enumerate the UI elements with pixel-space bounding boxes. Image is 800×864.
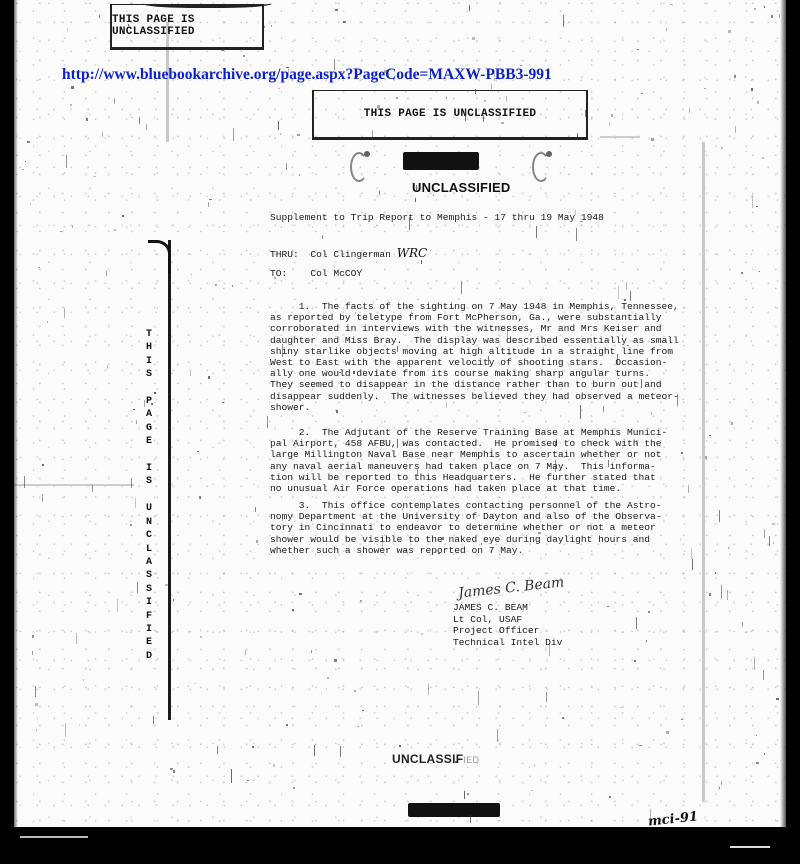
signature-line: Project Officer	[453, 625, 562, 637]
scan-artifact	[730, 846, 770, 848]
paragraph-line: tion will be reported to this Headquarte…	[270, 472, 667, 483]
routing-thru: THRU: Col Clingerman WRC	[270, 248, 427, 260]
paragraph-line: pal Airport, 458 AFBU, was contacted. He…	[270, 438, 667, 449]
paragraph-line: shower.	[270, 402, 679, 413]
vertical-unclassified-stamp: T H I S P A G E I S U N C L A S S I F I …	[142, 328, 156, 663]
signature-block: JAMES C. BEAMLt Col, USAFProject Officer…	[453, 602, 562, 648]
classification-header: UNCLASSIFIED	[412, 180, 510, 195]
punch-hole-left	[350, 152, 368, 182]
paragraph-line: 1. The facts of the sighting on 7 May 19…	[270, 301, 679, 312]
paragraph-line: large Millington Naval Base near Memphis…	[270, 449, 667, 460]
redaction-bar-bottom	[408, 803, 500, 817]
fold-line	[702, 142, 705, 802]
paragraph-line: corroborated in interviews with the witn…	[270, 323, 679, 334]
scan-border-left	[0, 0, 18, 864]
subject-line: Supplement to Trip Report to Memphis - 1…	[270, 212, 604, 223]
to-value: Col McCOY	[310, 268, 362, 279]
paper-curl	[142, 0, 272, 8]
fold-line	[600, 136, 640, 138]
paragraph-line: daughter and Miss Bray. The display was …	[270, 335, 679, 346]
paragraph-line: whether such a shower was reported on 7 …	[270, 545, 662, 556]
signature-line: JAMES C. BEAM	[453, 602, 562, 614]
fold-line	[14, 484, 134, 486]
classification-footer: UNCLASSIFIED	[392, 752, 479, 766]
unclassified-stamp-middle: THIS PAGE IS UNCLASSIFIED	[312, 90, 588, 140]
unclassified-stamp-top: THIS PAGE IS UNCLASSIFIED	[110, 4, 264, 50]
scan-artifact	[20, 836, 88, 838]
paper-curl	[148, 240, 171, 273]
thru-value: Col Clingerman	[310, 249, 391, 260]
footer-text: UNCLASSIFIED	[392, 752, 479, 766]
paragraph-line: nomy Department at the University of Day…	[270, 511, 662, 522]
paragraph-line: disappear suddenly. The witnesses believ…	[270, 391, 679, 402]
paragraph-line: 2. The Adjutant of the Reserve Training …	[270, 427, 667, 438]
paragraph-line: no unusual Air Force operations had take…	[270, 483, 667, 494]
signature-line: Lt Col, USAF	[453, 614, 562, 626]
thru-label: THRU:	[270, 249, 299, 260]
archive-url-link[interactable]: http://www.bluebookarchive.org/page.aspx…	[62, 66, 552, 84]
redaction-bar-top	[403, 152, 479, 170]
to-label: TO:	[270, 268, 287, 279]
stamp-text: THIS PAGE IS UNCLASSIFIED	[112, 14, 262, 38]
scan-border-bottom	[0, 828, 800, 864]
paragraph-line: as reported by teletype from Fort McPher…	[270, 312, 679, 323]
paragraph-line: shower would be visible to the naked eye…	[270, 534, 662, 545]
paragraph-line: They seemed to disappear in the distance…	[270, 379, 679, 390]
scan-border-right	[780, 0, 800, 864]
paragraph-line: tory in Cincinnati to endeavor to determ…	[270, 522, 662, 533]
routing-to: TO: Col McCOY	[270, 268, 362, 279]
signature-line: Technical Intel Div	[453, 637, 562, 649]
paragraph-3: 3. This office contemplates contacting p…	[270, 500, 662, 556]
punch-hole-right	[532, 152, 550, 182]
stamp-text: THIS PAGE IS UNCLASSIFIED	[364, 108, 537, 120]
paragraph-line: 3. This office contemplates contacting p…	[270, 500, 662, 511]
handwritten-initials: WRC	[397, 246, 428, 260]
